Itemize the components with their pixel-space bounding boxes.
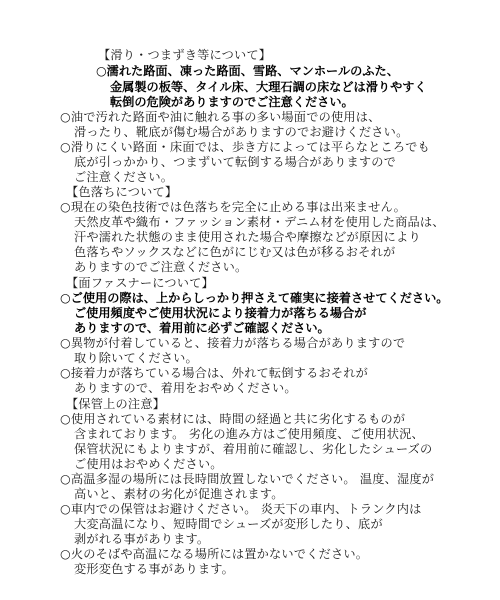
section-heading-slip: 【滑り・つまずき等について】 (98, 48, 271, 63)
notice-line: ○滑りにくい路面・床面では、歩き方によっては平らなところでも (60, 140, 430, 155)
notice-line: 大変高温になり、短時間でシューズが変形したり、底が (74, 517, 383, 532)
bold-notice-line: 金属製の板等、タイル床、大理石調の床などは滑りやすく (110, 80, 427, 95)
notice-line: 含まれております。 劣化の進み方はご使用頻度、ご使用状況、 (74, 427, 424, 442)
notice-line: ありますので、着用をおやめください。 (74, 381, 297, 396)
notice-line: 保管状況にもよりますが、着用前に確認し、劣化したシューズの (74, 442, 432, 457)
bold-notice-line: ご使用頻度やご使用状況により接着力が落ちる場合が (74, 306, 367, 321)
notice-line: ○火のそばや高温になる場所には置かないでください。 (60, 547, 368, 562)
notice-line: ○現在の染色技術では色落ちを完全に止める事は出来ません。 (60, 200, 406, 215)
notice-line: ご注意ください。 (74, 170, 173, 185)
notice-line: 底が引っかかり、つまずいて転倒する場合がありますので (74, 155, 396, 170)
bold-notice-line: ○濡れた路面、凍った路面、雪路、マンホールのふた、 (96, 64, 399, 79)
notice-line: ○使用されている素材には、時間の経過と共に劣化するものが (60, 412, 405, 427)
bold-notice-line: ありますので、着用前に必ずご確認ください。 (74, 321, 330, 336)
notice-line: 変形変色する事があります。 (74, 562, 234, 577)
bold-notice-line: ○ご使用の際は、上からしっかり押さえて確実に接着させてください。 (60, 291, 448, 306)
notice-line: 天然皮革や織布・ファッション素材・デニム材を使用した商品は、 (74, 215, 445, 230)
notice-line: ○車内での保管はお避けください。 炎天下の車内、トランク内は (60, 502, 422, 517)
notice-line: ○異物が付着していると、接着力が落ちる場合がありますので (60, 336, 405, 351)
notice-line: 高いと、素材の劣化が促進されます。 (74, 487, 284, 502)
bold-notice-line: 転倒の危険がありますのでご注意ください。 (110, 95, 354, 110)
notice-line: ○高温多湿の場所には長時間放置しないでください。 温度、湿度が (60, 472, 434, 487)
care-instructions-document: 【滑り・つまずき等について】 ○濡れた路面、凍った路面、雪路、マンホールのふた、… (0, 0, 500, 600)
notice-line: ○接着力が落ちている場合は、外れて転倒するおそれが (60, 366, 368, 381)
notice-line: ありますのでご注意ください。 (74, 260, 247, 275)
section-heading-hook-and-loop: 【面ファスナーについて】 (66, 276, 214, 291)
notice-line: 剥がれる事があります。 (74, 532, 209, 547)
notice-line: ○油で汚れた路面や油に触れる事の多い場面での使用は、 (60, 110, 381, 125)
section-heading-color-fading: 【色落ちについて】 (66, 185, 177, 200)
notice-line: 取り除いてください。 (74, 351, 198, 366)
section-heading-storage: 【保管上の注意】 (66, 397, 165, 412)
notice-line: 滑ったり、靴底が傷む場合がありますのでお避けください。 (74, 125, 408, 140)
notice-line: 色落ちやソックスなどに色がにじむ又は色が移るおそれが (74, 245, 395, 260)
notice-line: 汗や濡れた状態のまま使用された場合や摩擦などが原因により (74, 230, 421, 245)
notice-line: ご使用はおやめください。 (74, 457, 223, 472)
